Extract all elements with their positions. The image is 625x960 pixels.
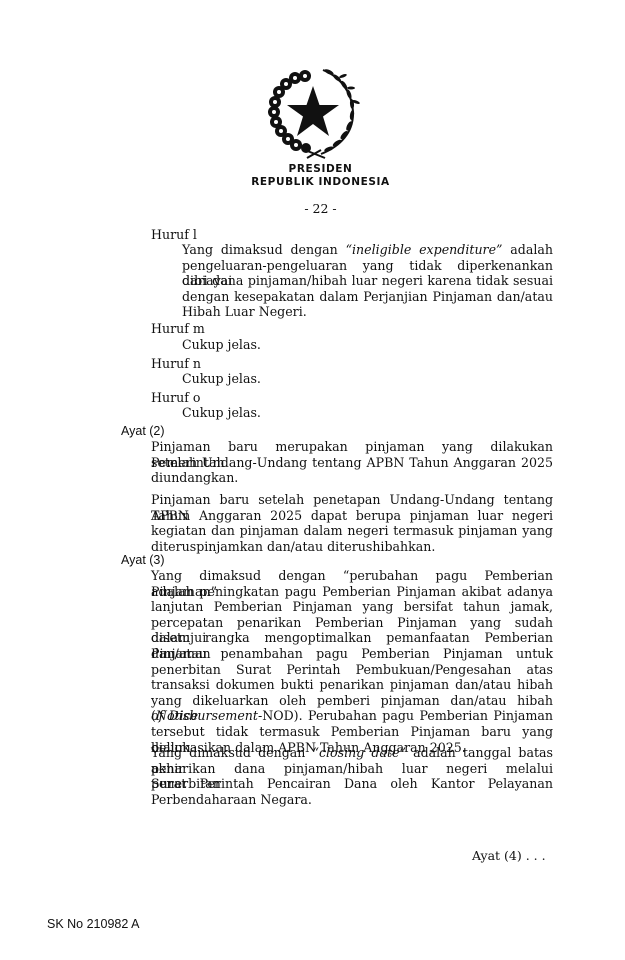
- huruf-n-label: Huruf n: [151, 356, 201, 372]
- ayat-3-paragraph-2: Yang dimaksud dengan “closing date” adal…: [151, 745, 553, 807]
- text-line: penarikan dana pinjaman/hibah luar neger…: [151, 761, 553, 777]
- ayat-3-paragraph-1: Yang dimaksud dengan “perubahan pagu Pem…: [151, 568, 553, 755]
- text-line: Perbendaharaan Negara.: [151, 792, 553, 808]
- huruf-l-explanation: Yang dimaksud dengan “ineligible expendi…: [182, 242, 553, 320]
- text-line: Pinjaman baru setelah penetapan Undang-U…: [151, 492, 553, 508]
- text-line: transaksi dokumen bukti penarikan pinjam…: [151, 677, 553, 693]
- header-republic: REPUBLIK INDONESIA: [8, 176, 625, 188]
- ayat-3-label: Ayat (3): [121, 553, 165, 567]
- text-line: yang dikeluarkan oleh pemberi pinjaman d…: [151, 693, 553, 709]
- header-president: PRESIDEN: [8, 163, 625, 175]
- text-line: kegiatan dan pinjaman dalam negeri terma…: [151, 523, 553, 539]
- huruf-n-text: Cukup jelas.: [182, 371, 261, 387]
- presidential-seal-icon: [263, 64, 363, 160]
- huruf-m-label: Huruf m: [151, 321, 205, 337]
- text-line: Pinjaman baru merupakan pinjaman yang di…: [151, 439, 553, 455]
- huruf-o-label: Huruf o: [151, 390, 200, 406]
- huruf-m-text: Cukup jelas.: [182, 337, 261, 353]
- ayat-2-label: Ayat (2): [121, 424, 165, 438]
- text-line: Hibah Luar Negeri.: [182, 304, 553, 320]
- text-line: tersebut tidak termasuk Pemberian Pinjam…: [151, 724, 553, 740]
- text-line: diteruspinjamkan dan/atau diterushibahka…: [151, 539, 553, 555]
- ayat-2-paragraph-2: Pinjaman baru setelah penetapan Undang-U…: [151, 492, 553, 554]
- text-line: adalah peningkatan pagu Pemberian Pinjam…: [151, 584, 553, 600]
- text-line: dan/atau penambahan pagu Pemberian Pinja…: [151, 646, 553, 662]
- huruf-l-label: Huruf l: [151, 227, 197, 243]
- text-line: dalam rangka mengoptimalkan pemanfaatan …: [151, 630, 553, 646]
- ayat-2-paragraph-1: Pinjaman baru merupakan pinjaman yang di…: [151, 439, 553, 486]
- text-line: Yang dimaksud dengan “ineligible expendi…: [182, 242, 553, 258]
- text-line: percepatan penarikan Pemberian Pinjaman …: [151, 615, 553, 631]
- continuation-marker: Ayat (4) . . .: [472, 848, 546, 863]
- text-line: dari dana pinjaman/hibah luar negeri kar…: [182, 273, 553, 289]
- text-line: Yang dimaksud dengan “perubahan pagu Pem…: [151, 568, 553, 584]
- text-line: setelah Undang-Undang tentang APBN Tahun…: [151, 455, 553, 471]
- huruf-o-text: Cukup jelas.: [182, 405, 261, 421]
- text-line: lanjutan Pemberian Pinjaman yang bersifa…: [151, 599, 553, 615]
- text-line: of Disbursement-NOD). Perubahan pagu Pem…: [151, 708, 553, 724]
- document-page: PRESIDEN REPUBLIK INDONESIA - 22 - Huruf…: [0, 0, 625, 960]
- text-line: Tahun Anggaran 2025 dapat berupa pinjama…: [151, 508, 553, 524]
- text-line: penerbitan Surat Perintah Pembukuan/Peng…: [151, 662, 553, 678]
- text-line: pengeluaran-pengeluaran yang tidak diper…: [182, 258, 553, 274]
- text-line: diundangkan.: [151, 470, 553, 486]
- text-line: Surat Perintah Pencairan Dana oleh Kanto…: [151, 776, 553, 792]
- page-number: - 22 -: [8, 201, 625, 216]
- text-line: dengan kesepakatan dalam Perjanjian Pinj…: [182, 289, 553, 305]
- document-code: SK No 210982 A: [47, 917, 139, 931]
- text-line: Yang dimaksud dengan “closing date” adal…: [151, 745, 553, 761]
